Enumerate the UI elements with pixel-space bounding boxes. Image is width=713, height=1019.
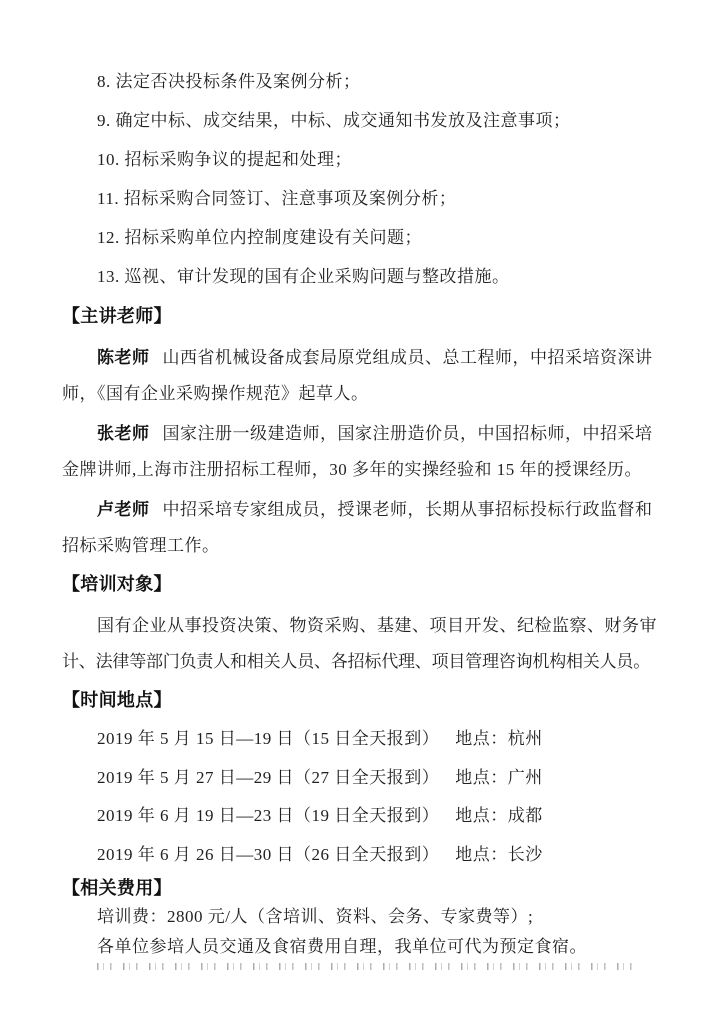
teacher-bio-line: 师，《国有企业采购操作规范》起草人。 <box>62 376 650 412</box>
schedule-location: 地点：广州 <box>455 768 543 787</box>
audience-paragraph: 国有企业从事投资决策、物资采购、基建、项目开发、纪检监察、财务审 计、法律等部门… <box>62 608 650 680</box>
schedule-row: 2019 年 6 月 19 日—23 日（19 日全天报到）地点：成都 <box>62 797 650 836</box>
schedule-location: 地点：杭州 <box>455 729 543 748</box>
section-title-fees: 【相关费用】 <box>62 874 650 902</box>
schedule-date: 2019 年 5 月 27 日—29 日（27 日全天报到） <box>97 768 439 787</box>
teacher-bio-line: 招标采购管理工作。 <box>62 528 650 564</box>
teacher-paragraph: 卢老师中招采培专家组成员，授课老师，长期从事招标投标行政监督和 招标采购管理工作… <box>62 492 650 564</box>
teacher-bio-text: 山西省机械设备成套局原党组成员、总工程师，中招采培资深讲 <box>163 348 653 367</box>
teacher-paragraph: 陈老师山西省机械设备成套局原党组成员、总工程师，中招采培资深讲 师，《国有企业采… <box>62 340 650 412</box>
schedule-location: 地点：成都 <box>455 806 543 825</box>
document-page: 8. 法定否决投标条件及案例分析； 9. 确定中标、成交结果，中标、成交通知书发… <box>0 0 713 1019</box>
schedule-row: 2019 年 5 月 27 日—29 日（27 日全天报到）地点：广州 <box>62 759 650 798</box>
course-outline-list: 8. 法定否决投标条件及案例分析； 9. 确定中标、成交结果，中标、成交通知书发… <box>62 62 650 296</box>
outline-item: 9. 确定中标、成交结果，中标、成交通知书发放及注意事项； <box>62 101 650 140</box>
outline-item: 11. 招标采购合同签订、注意事项及案例分析； <box>62 179 650 218</box>
teacher-paragraph: 张老师国家注册一级建造师，国家注册造价员，中国招标师，中招采培 金牌讲师,上海市… <box>62 416 650 488</box>
fee-line: 各单位参培人员交通及食宿费用自理，我单位可代为预定食宿。 <box>62 932 650 962</box>
schedule-date: 2019 年 6 月 26 日—30 日（26 日全天报到） <box>97 845 439 864</box>
schedule-row: 2019 年 5 月 15 日—19 日（15 日全天报到）地点：杭州 <box>62 720 650 759</box>
fee-line: 培训费：2800 元/人（含培训、资料、会务、专家费等）; <box>62 902 650 932</box>
section-title-schedule: 【时间地点】 <box>62 680 650 720</box>
clipped-text-line <box>97 963 637 970</box>
section-title-audience: 【培训对象】 <box>62 564 650 604</box>
schedule-date: 2019 年 5 月 15 日—19 日（15 日全天报到） <box>97 729 439 748</box>
teacher-bio-line: 陈老师山西省机械设备成套局原党组成员、总工程师，中招采培资深讲 <box>62 340 650 376</box>
outline-item: 12. 招标采购单位内控制度建设有关问题； <box>62 218 650 257</box>
schedule-location: 地点：长沙 <box>455 845 543 864</box>
outline-item: 10. 招标采购争议的提起和处理； <box>62 140 650 179</box>
teacher-bio-text: 国家注册一级建造师，国家注册造价员，中国招标师，中招采培 <box>163 424 653 443</box>
audience-line: 计、法律等部门负责人和相关人员、各招标代理、项目管理咨询机构相关人员。 <box>62 644 650 680</box>
fees-list: 培训费：2800 元/人（含培训、资料、会务、专家费等）; 各单位参培人员交通及… <box>62 902 650 962</box>
schedule-date: 2019 年 6 月 19 日—23 日（19 日全天报到） <box>97 806 439 825</box>
teacher-bio-line: 卢老师中招采培专家组成员，授课老师，长期从事招标投标行政监督和 <box>62 492 650 528</box>
teacher-name: 陈老师 <box>97 348 150 367</box>
schedule-list: 2019 年 5 月 15 日—19 日（15 日全天报到）地点：杭州 2019… <box>62 720 650 874</box>
audience-line: 国有企业从事投资决策、物资采购、基建、项目开发、纪检监察、财务审 <box>62 608 650 644</box>
teacher-bio-line: 金牌讲师,上海市注册招标工程师，30 多年的实操经验和 15 年的授课经历。 <box>62 452 650 488</box>
schedule-row: 2019 年 6 月 26 日—30 日（26 日全天报到）地点：长沙 <box>62 836 650 875</box>
teacher-bio-text: 中招采培专家组成员，授课老师，长期从事招标投标行政监督和 <box>163 500 653 519</box>
outline-item: 8. 法定否决投标条件及案例分析； <box>62 62 650 101</box>
teacher-name: 张老师 <box>97 424 150 443</box>
teacher-name: 卢老师 <box>97 500 150 519</box>
outline-item: 13. 巡视、审计发现的国有企业采购问题与整改措施。 <box>62 257 650 296</box>
section-title-lecturers: 【主讲老师】 <box>62 296 650 336</box>
teacher-bio-line: 张老师国家注册一级建造师，国家注册造价员，中国招标师，中招采培 <box>62 416 650 452</box>
